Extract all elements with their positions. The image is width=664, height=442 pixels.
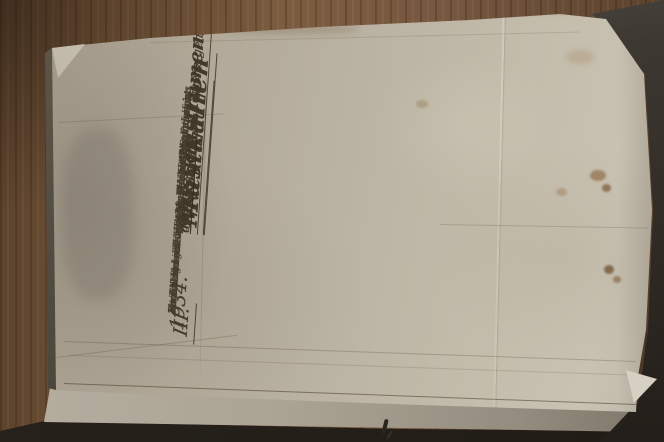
stain — [590, 170, 606, 181]
year-annotation: 1934. — [166, 273, 191, 332]
handwritten-content: III. Inventarium der der Pfarrkirche zu … — [112, 52, 567, 412]
stain — [566, 50, 594, 64]
stain — [602, 184, 611, 192]
stain — [613, 276, 621, 283]
title-page: III. Inventarium der der Pfarrkirche zu … — [0, 0, 664, 442]
photo-of-archival-document: III. Inventarium der der Pfarrkirche zu … — [0, 0, 664, 442]
stain — [604, 265, 614, 274]
